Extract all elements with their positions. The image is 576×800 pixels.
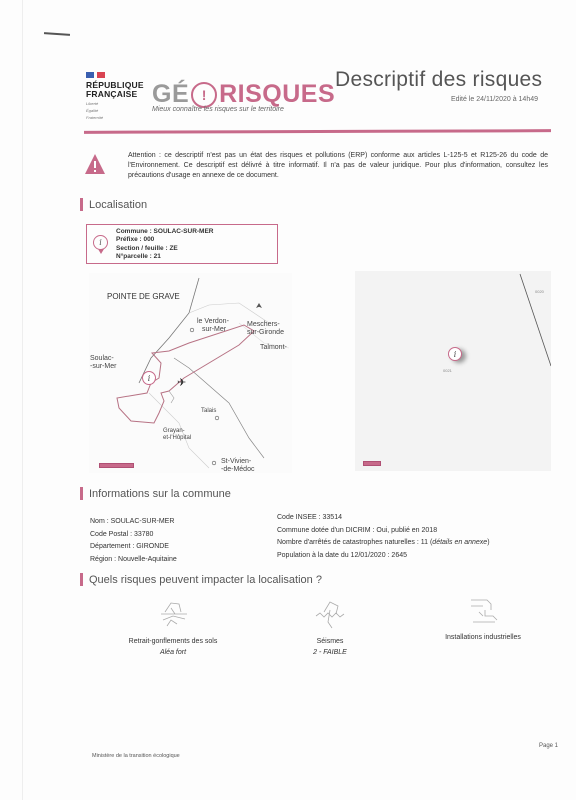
map-roads: ✈ [89,273,292,473]
commune-dicrim: Commune dotée d'un DICRIM : Oui, publié … [277,525,490,538]
section-risks: Quels risques peuvent impacter la locali… [80,573,322,586]
risk-item: Séismes 2 - FAIBLE [290,600,370,658]
map-label-soulac-1: Soulac- [90,355,116,363]
industrial-installation-icon [463,596,503,626]
motto-2: Égalité [86,108,144,113]
arretes-end: ) [487,539,489,546]
map-label-grayan-2: et-l'Hôpital [163,435,191,442]
svg-text:✈: ✈ [177,377,186,389]
disclaimer-text: Attention : ce descriptif n'est pas un é… [128,151,548,181]
map-label-pointe: POINTE DE GRAVE [107,293,180,301]
earthquake-icon [310,600,350,630]
risk-item: Installations industrielles [428,596,538,643]
scale-bar [99,463,134,468]
section-bar [80,487,83,500]
section-commune-info: Informations sur la commune [80,487,231,500]
parcel-section: Section / feuille : ZE [116,245,214,253]
parcel-boundary [355,271,551,471]
map-label-vivien-1: St-Vivien- [221,458,254,466]
commune-population: Population à la date du 12/01/2020 : 264… [277,550,490,563]
map-label-vivien-2: -de-Médoc [221,466,254,473]
section-bar [80,198,83,211]
info-pin-icon: i [93,235,108,250]
map-label-grayan-1: Grayan- [163,428,191,435]
risk-level: Aléa fort [113,647,233,658]
section-title: Quels risques peuvent impacter la locali… [89,574,322,586]
france-alert-icon: ! [191,82,217,108]
page-number: Page 1 [539,743,558,749]
commune-info-left: Nom : SOULAC-SUR-MER Code Postal : 33780… [90,516,177,566]
map-label-soulac-2: -sur-Mer [90,363,116,371]
motto-1: Liberté [86,101,144,106]
overview-map[interactable]: ✈ POINTE DE GRAVE le Verdon- sur-Mer Mes… [89,273,292,473]
risk-item: Retrait-gonflements des sols Aléa fort [113,600,233,658]
commune-insee: Code INSEE : 33514 [277,512,490,525]
warning-triangle-icon [84,153,106,175]
risk-name: Séismes [290,636,370,647]
map-label-verdon-2: sur-Mer [197,326,229,334]
parcel-commune: Commune : SOULAC-SUR-MER [116,228,214,236]
parcel-number: N°parcelle : 21 [116,253,214,261]
soil-shrink-swell-icon [153,600,193,630]
neighbor-parcel-label: 0020 [535,288,544,296]
map-label-talais: Talais [201,407,216,415]
annex-link[interactable]: détails en annexe [432,539,487,546]
map-pin-icon: i [448,347,462,361]
risk-level: 2 - FAIBLE [290,647,370,658]
scan-edge [22,0,23,800]
commune-postal-code: Code Postal : 33780 [90,529,177,542]
parcel-prefixe: Préfixe : 000 [116,236,214,244]
map-pin-icon: i [142,371,156,385]
map-label-meschers-2: sur-Gironde [247,329,284,337]
logo-text-left: GÉ [152,80,189,109]
parcel-card: i Commune : SOULAC-SUR-MER Préfixe : 000… [86,224,278,264]
section-localisation: Localisation [80,198,147,211]
motto-3: Fraternité [86,115,144,120]
header-divider [84,129,551,134]
parcel-id-label: 0021 [443,367,452,375]
scale-bar [363,461,381,466]
georisques-logo: GÉ ! RISQUES [152,80,335,109]
flag-icon [86,72,144,78]
commune-arretes: Nombre d'arrêtés de catastrophes naturel… [277,537,490,550]
logo-tagline: Mieux connaître les risques sur le terri… [152,106,284,113]
commune-name: Nom : SOULAC-SUR-MER [90,516,177,529]
arretes-text: Nombre d'arrêtés de catastrophes naturel… [277,539,432,546]
commune-departement: Département : GIRONDE [90,541,177,554]
map-label-talmont: Talmont- [260,344,287,352]
republique-line-2: FRANÇAISE [86,90,144,99]
scan-mark [44,32,70,36]
footer-ministry: Ministère de la transition écologique [92,753,180,759]
edited-date: Edité le 24/11/2020 à 14h49 [451,96,538,103]
risk-name: Installations industrielles [428,632,538,643]
commune-info-right: Code INSEE : 33514 Commune dotée d'un DI… [277,512,490,562]
page-title: Descriptif des risques [335,68,542,92]
section-bar [80,573,83,586]
commune-region: Région : Nouvelle-Aquitaine [90,554,177,567]
logo-text-right: RISQUES [219,80,335,109]
risk-name: Retrait-gonflements des sols [113,636,233,647]
map-label-verdon-1: le Verdon- [197,318,229,326]
map-label-meschers-1: Meschers- [247,321,284,329]
section-title: Informations sur la commune [89,488,231,500]
section-title: Localisation [89,199,147,211]
republique-francaise-logo: RÉPUBLIQUE FRANÇAISE Liberté Égalité Fra… [86,72,144,120]
parcel-map[interactable]: i 0021 0020 [355,271,551,471]
logo-mark: ! [202,87,207,103]
